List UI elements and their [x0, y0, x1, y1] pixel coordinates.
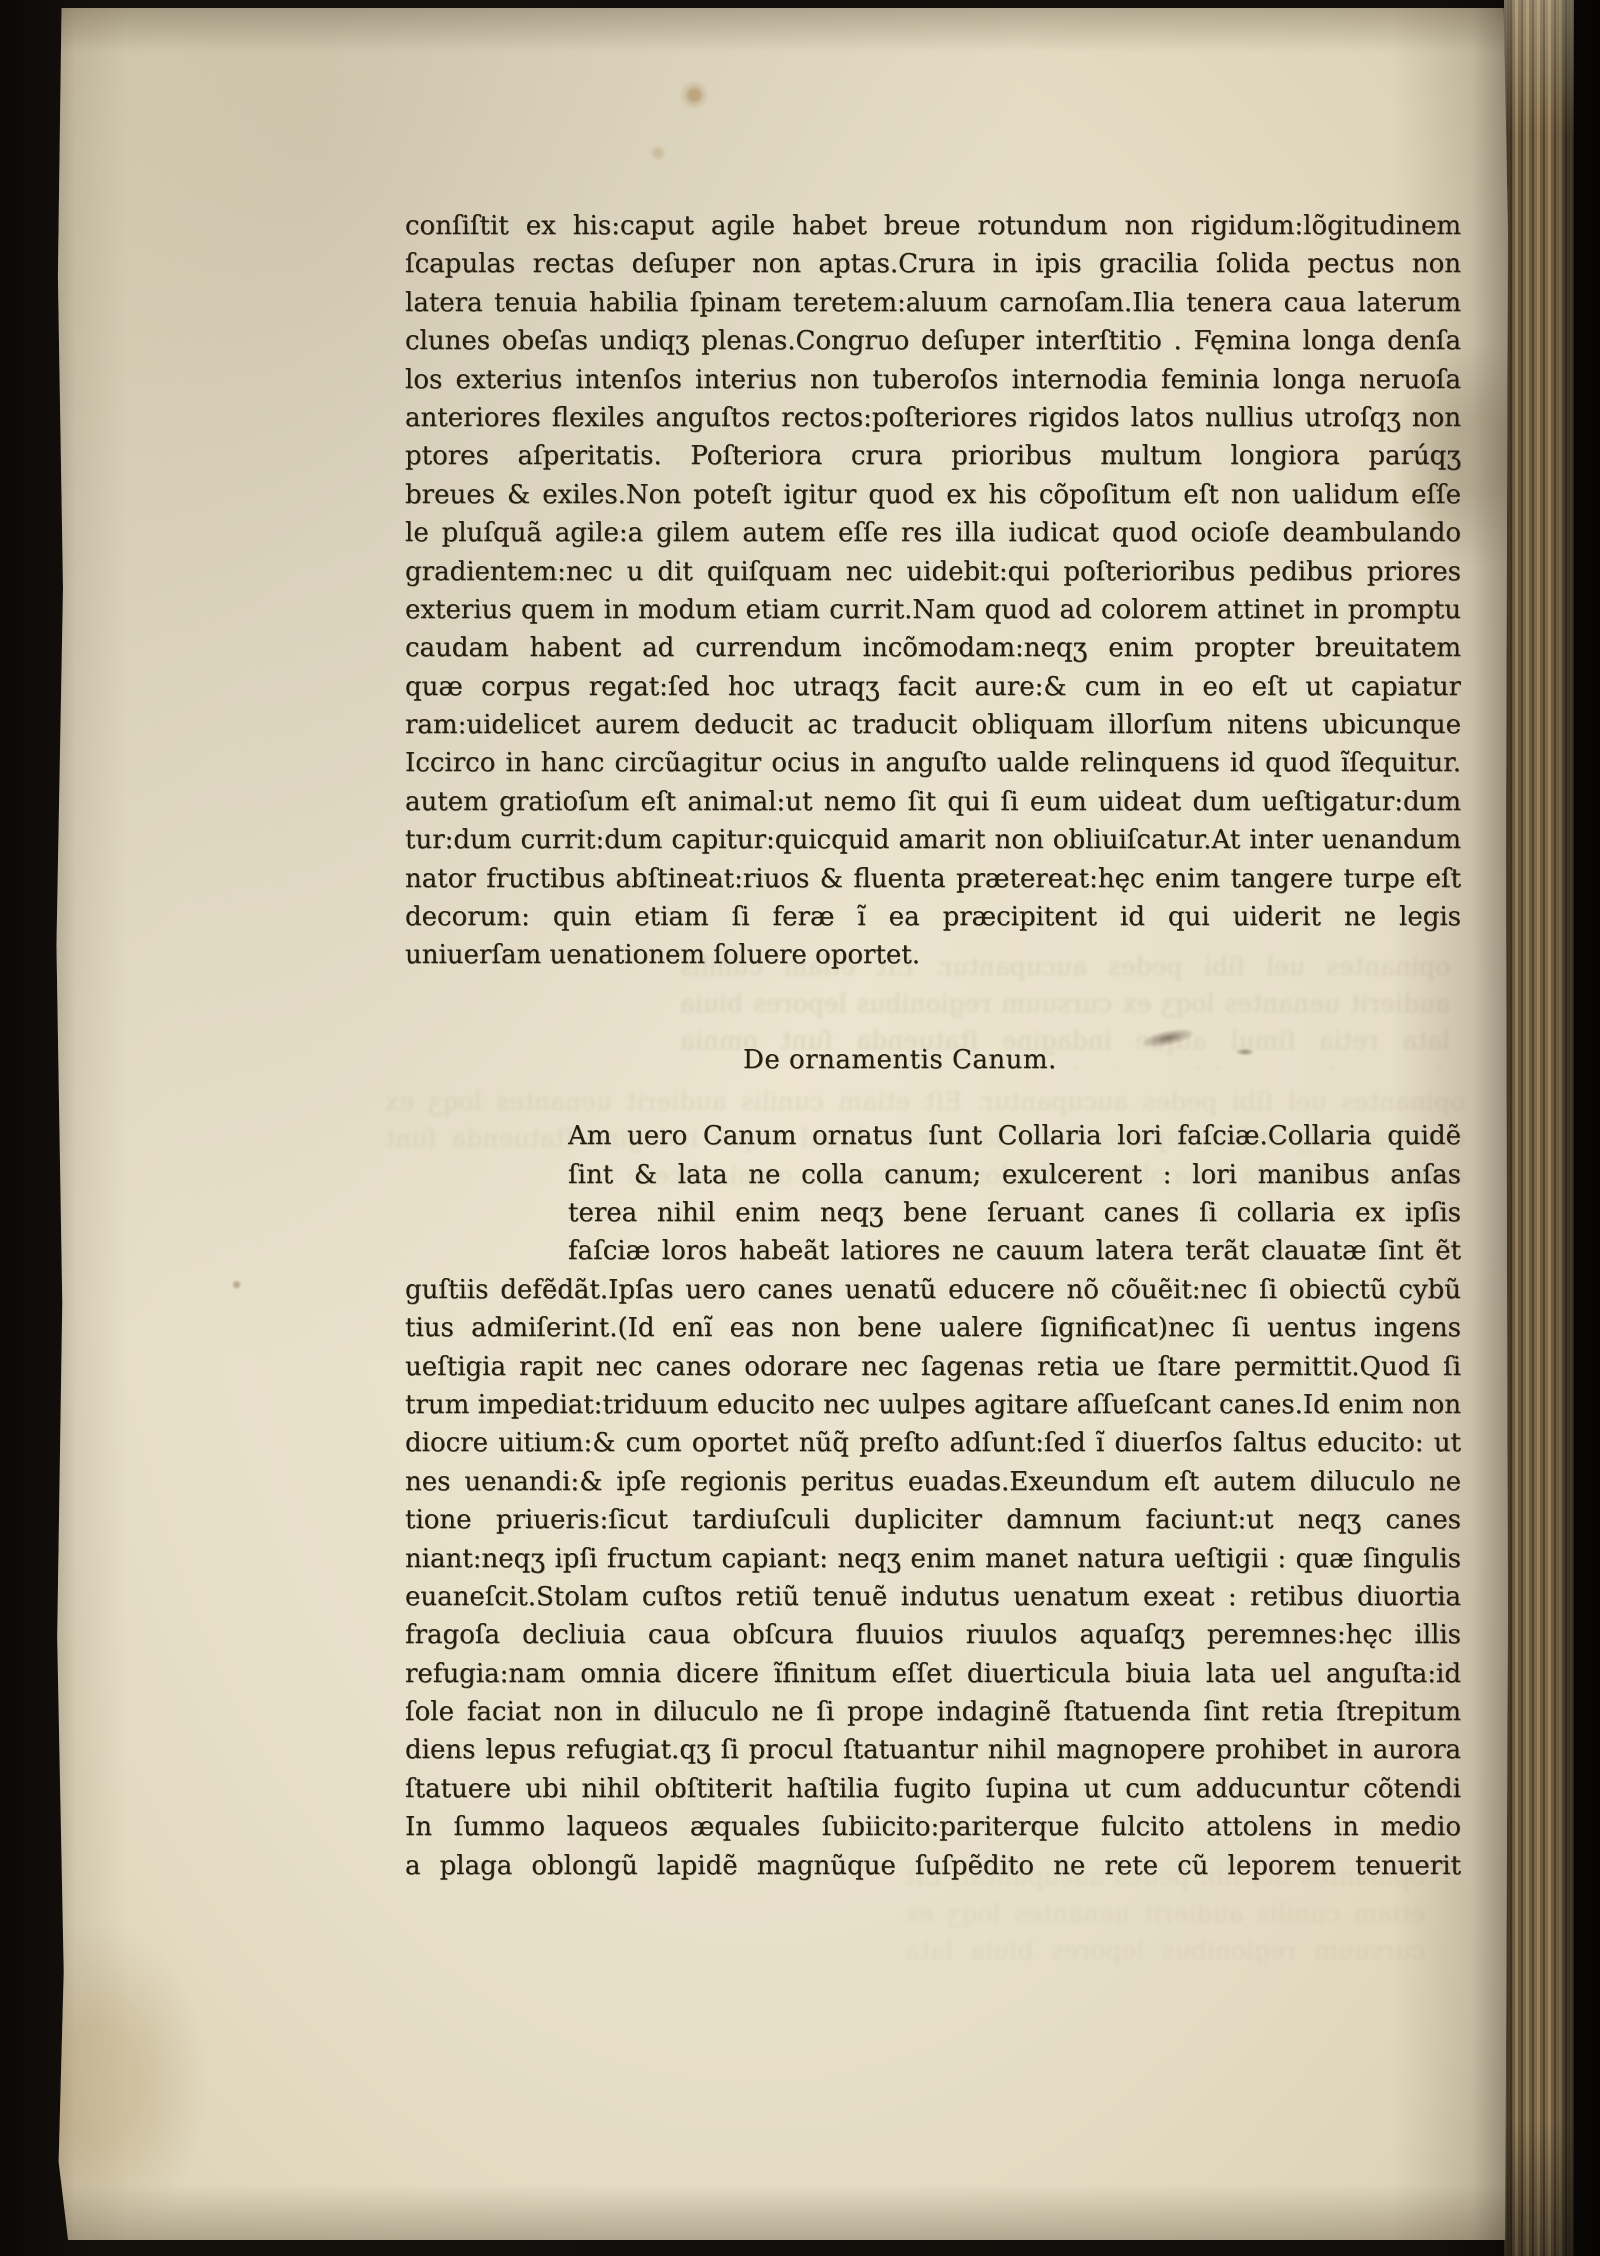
text-line: Am uero Canum ornatus ſunt Collaria lori…	[568, 1117, 1461, 1155]
text-line: euaneſcit.Stolam cuſtos retiũ tenuẽ indu…	[405, 1578, 1461, 1616]
text-line: autem gratioſum eſt animal:ut nemo ſit q…	[405, 783, 1461, 821]
text-line: ſcapulas rectas deſuper non aptas.Crura …	[405, 245, 1461, 283]
text-line: terea nihil enim neqʒ bene ſeruant canes…	[568, 1194, 1461, 1232]
text-line: tius admiſerint.(Id enĩ eas non bene ual…	[405, 1309, 1461, 1347]
text-line: diens lepus refugiat.qʒ ſi procul ſtatua…	[405, 1731, 1461, 1769]
text-line: tione priueris:ſicut tardiuſculi duplici…	[405, 1501, 1461, 1539]
text-line: a plaga oblongũ lapidẽ magnũque ſuſpẽdit…	[405, 1847, 1461, 1885]
text-line: ſtatuere ubi nihil obſtiterit haſtilia f…	[405, 1770, 1461, 1808]
text-line: decorum: quin etiam ſi feræ ĩ ea præcipi…	[405, 898, 1461, 936]
text-line: ueſtigia rapit nec canes odorare nec ſag…	[405, 1348, 1461, 1386]
text-line: conſiſtit ex his:caput agile habet breue…	[405, 207, 1461, 245]
text-line: In ſummo laqueos æquales ſubiicito:parit…	[405, 1808, 1461, 1846]
text-line: latera tenuia habilia ſpinam teretem:alu…	[405, 284, 1461, 322]
book-fore-edges	[1504, 0, 1574, 2256]
text-line: quæ corpus regat:ſed hoc utraqʒ facit au…	[405, 668, 1461, 706]
text-line: clunes obeſas undiqʒ plenas.Congruo deſu…	[405, 322, 1461, 360]
text-line: fragoſa decliuia caua obſcura fluuios ri…	[405, 1616, 1461, 1654]
text-line: ſole faciat non in diluculo ne ſi prope …	[405, 1693, 1461, 1731]
text-line: niant:neqʒ ipſi fructum capiant: neqʒ en…	[405, 1540, 1461, 1578]
text-line: gradientem:nec u dit quiſquam nec uidebi…	[405, 553, 1461, 591]
book-photograph: opinantes uel ſibi pedes aucupantur. Eſt…	[0, 0, 1600, 2256]
text-line: tur:dum currit:dum capitur:quicquid amar…	[405, 821, 1461, 859]
blank-initial-letter-space	[405, 1117, 555, 1267]
text-line: faſciæ loros habeãt latiores ne cauum la…	[568, 1232, 1461, 1270]
text-line: ptores aſperitatis. Poſteriora crura pri…	[405, 437, 1461, 475]
text-line: breues & exiles.Non poteſt igitur quod e…	[405, 476, 1461, 514]
text-line: ram:uidelicet aurem deducit ac traducit …	[405, 706, 1461, 744]
text-line: los exterius intenſos interius non tuber…	[405, 361, 1461, 399]
page-text-block: conſiſtit ex his:caput agile habet breue…	[405, 207, 1461, 1885]
text-line: trum impediat:triduum educito nec uulpes…	[405, 1386, 1461, 1424]
text-line: refugia:nam omnia dicere ĩfinitum eſſet …	[405, 1655, 1461, 1693]
text-line: le pluſquã agile:a gilem autem eſſe res …	[405, 514, 1461, 552]
text-line: diocre uitium:& cum oportet nũq̃ preſto …	[405, 1424, 1461, 1462]
chapter-heading: De ornamentis Canum.	[405, 1041, 1461, 1079]
text-line: guſtiis defẽdãt.Ipſas uero canes uenatũ …	[405, 1271, 1461, 1309]
text-line: exterius quem in modum etiam currit.Nam …	[405, 591, 1461, 629]
text-line: anteriores flexiles anguſtos rectos:poſt…	[405, 399, 1461, 437]
paragraph: conſiſtit ex his:caput agile habet breue…	[405, 207, 1461, 975]
text-line: uniuerſam uenationem ſoluere oportet.	[405, 936, 1461, 974]
text-line: ſint & lata ne colla canum; exulcerent :…	[568, 1156, 1461, 1194]
paragraph: Am uero Canum ornatus ſunt Collaria lori…	[405, 1117, 1461, 1885]
text-line: nator fructibus abſtineat:riuos & fluent…	[405, 860, 1461, 898]
text-line: Iccirco in hanc circũagitur ocius in ang…	[405, 744, 1461, 782]
text-line: nes uenandi:& ipſe regionis peritus euad…	[405, 1463, 1461, 1501]
text-line: caudam habent ad currendum incõmodam:neq…	[405, 629, 1461, 667]
